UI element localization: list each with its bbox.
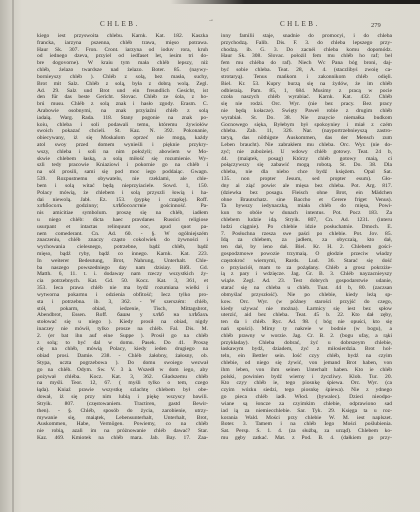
text-line: bem i solą witać będą nieprzyiaciele. So… — [37, 183, 208, 190]
text-line: wiąże. Zegl. Ad. 23. Test dobrych gospod… — [221, 278, 392, 285]
text-line: korania Wald. Mości przy chlebie W. M. i… — [221, 415, 392, 422]
text-line: 7. Posłuchna rzesza swe paści po chlebie… — [221, 231, 392, 238]
text-line: z solą; to być dal w domu. Pasek. Do 41.… — [37, 340, 208, 347]
text-line: czyim wózku siedzi, tego piosnkę śpiewa)… — [221, 387, 392, 394]
text-line: wyrabiał. St. Do. 38. Nie znaycie niemał… — [221, 115, 392, 122]
text-line: go pieca chléb iadł. Włod. (bywalec). Dz… — [221, 394, 392, 401]
text-line: stołować się u niego ). Kiedy prosił na … — [37, 319, 208, 326]
text-line: na myśli. Teor. 12, 67. ( myśli tylko o … — [37, 380, 208, 387]
text-line: In weiterer Bedeutung, Brot, Nahrung, Un… — [37, 258, 208, 265]
text-line: Matth. 6, 11. t. i. dodaway nam rzeczy w… — [37, 271, 208, 278]
text-line: od iednego dzeva, przyiel od iedfaset le… — [37, 53, 208, 60]
text-line: Biel. Kr. 53. Kupry burzą się na żydów, … — [221, 81, 392, 88]
text-line: stół, pokarm, obiad, iedzenie, Tisch, Mi… — [37, 306, 208, 313]
text-line: cię na chléb, mówią Polacy, kiedy ieden … — [37, 346, 208, 353]
text-line: strotaryą). Tenus mańkom i zakonnikom ch… — [221, 74, 392, 81]
running-header-right: CHLEB. — [280, 20, 320, 28]
text-line: obiecywany, iż się Moskalom oprzeć nie m… — [37, 135, 208, 142]
text-line: wytworna pokarmu i odzienia obfitość; Ie… — [37, 292, 208, 299]
text-line: Ad. 29. Salz und Brot und ein freundlich… — [37, 88, 208, 95]
text-line: gospodzmowe powozie trzymaią. O głodzie … — [221, 251, 392, 258]
text-line: Auskommen, Habe, Vermögen. Powiemy, co n… — [37, 421, 208, 428]
text-line: polski, powinien bydź wierny i życzliwy.… — [221, 374, 392, 381]
text-line: mu gęby zatkać. Mat. z Pod. B. 4. (dałki… — [221, 435, 392, 442]
text-line: mięso, bądź ryby, bądź co innego. Karnk.… — [37, 251, 208, 258]
scan-edge-shadow — [170, 0, 420, 4]
text-line: chleba, nie dla niebo chce bydź księżem.… — [221, 169, 392, 176]
text-line: uterzić, aid bez chleba. Teat. 45 b. 22.… — [221, 312, 392, 319]
text-line: Sat. Persp. S. 1. 4. (za służbą, za urzą… — [221, 428, 392, 435]
text-line: kun to obóie w dunach intentus. Pot. Poc… — [221, 210, 392, 217]
arrow-marker-icon: → — [208, 17, 214, 23]
text-line: ten dał, by ieno dał. Biel. Kr. H. 2. Ch… — [221, 244, 392, 251]
text-line: chléb, żelazo twardsze nad żelazo. Boter… — [37, 67, 208, 74]
text-line: Kto czyy chléb ie, tego piosnkę śpiewa. … — [221, 380, 392, 387]
text-line: kiedy używać nie można). Łarmicy się ies… — [221, 306, 392, 313]
text-line: na sól prosili, sami się pod moc iego po… — [37, 169, 208, 176]
text-line: ba naszego powszedniego day nam dzisiay.… — [37, 265, 208, 272]
text-line: nie będą kołacze). Święty Paweł robie z … — [221, 108, 392, 115]
text-line: inaczey nie mówił, tylko prosze na chléb… — [37, 326, 208, 333]
text-line: ludzi ciągnie). Po chlebie idzie posłuch… — [221, 224, 392, 231]
text-line: skwie chlebem łaską, a solą miłość się r… — [37, 156, 208, 163]
text-line: Arabowie osobnymi, na znak przyiaźni chl… — [37, 108, 208, 115]
text-line: mywanie się, maiątek, Lebensunterhalt, U… — [37, 415, 208, 422]
text-line: Gocnowego sięka, Byłebym był spokoyniey … — [221, 122, 392, 129]
text-line: 44. (maiątek, posag) Którzy chléb gotowy… — [221, 156, 392, 163]
text-line: brú musu. Chléb z solą znak i hasło zgod… — [37, 101, 208, 108]
text-column-left: kiego iest przyswoita chlebu. Karnk. Kat… — [37, 33, 208, 442]
text-line: o przyiaciół, mam to za pożądany. Chléb … — [221, 265, 392, 272]
text-line: taryą, das nöthigste Auskommen, das der … — [221, 135, 392, 142]
text-line: teln, ein Bettler sein. Iość czyy chléb,… — [221, 353, 392, 360]
text-line: częstokroć wiernymi, Rards. Lud. 36. Sta… — [221, 258, 392, 265]
text-line: nis amicitiae symbolum. proszę się na ch… — [37, 210, 208, 217]
text-line: Kaz. 469. Kmiotek na chléb mara. Jab. Ba… — [37, 435, 208, 442]
text-line: przychodzą. Falib. Dis. F. 3. do chleba … — [221, 40, 392, 47]
text-line: go na chléb. Odym. Sw. V. 3 à. Wszedł w … — [37, 367, 208, 374]
text-line: nem comederant. Cn. Ad. 60. - §. W ogóln… — [37, 231, 208, 238]
text-line: 135. non propter Jesum, sed propter esum… — [221, 176, 392, 183]
scanned-page: CHLEB. → CHLEB. 279 kiego iest przyswoit… — [0, 0, 420, 512]
text-line: then). - §. Chléb, sposób do życia, zaro… — [37, 408, 208, 415]
text-line: kiego iest przyswoita chlebu. Karnk. Kat… — [37, 33, 208, 40]
text-line: Polacy mówią, że chlebem i solą przyszli… — [37, 190, 208, 197]
text-line: dny ai ziąć powie: ale mięsa bez chleba.… — [221, 183, 392, 190]
text-line: Idą za chlebem, za jadłem, za obyczaią, … — [221, 237, 392, 244]
text-line: 2. (er bat ihn auf eine Suppe ). Prosił … — [37, 333, 208, 340]
text-line: sta i potrzebna. ib. 3, 362. - W szerszé… — [37, 299, 208, 306]
text-line: (dziewka bez posagu. Fleisch ohne Brot, … — [221, 190, 392, 197]
text-line: Haur Sk. 308. Slovac. położil fem mu chl… — [221, 53, 392, 60]
text-line: iad ią za niemiecchlebie. Sar. Tyk. 29. … — [221, 408, 392, 415]
text-line: obmyślać przyszłość). Nie po chlebie, ki… — [221, 292, 392, 299]
text-line: cia potrzebnych. Kat. Gd. 50. Kocz. Kat.… — [37, 278, 208, 285]
text-line: bre dogovorne). W kraiu tym mała chléb l… — [37, 60, 208, 67]
text-line: nań spuści). Mimy ty nakreie w bodnie (w… — [221, 326, 392, 333]
text-line: Brot mit Salz. Chléb z solą, była z dobr… — [37, 81, 208, 88]
text-line: Stypa, uczta pogrzebowa ). Do domu swoie… — [37, 360, 208, 367]
text-line: wszy, chleba i soli na nim położyli; abo… — [37, 149, 208, 156]
text-line: francka, iarzyna pszenna, chléb trawa, m… — [37, 40, 208, 47]
text-line: połączywszy się zabawić mogą robotą. St.… — [221, 162, 392, 169]
text-line: chlebem ludzie idą. Stryik. 807, Cn. Ad.… — [221, 217, 392, 224]
text-line: atol swoy przed domem wynieśli i pięknie… — [37, 142, 208, 149]
text-line: хлѣбосолъ godzinny; хлѣбосолствіе gościn… — [37, 203, 208, 210]
text-line: koiu, chleba i soli podawali temu, które… — [37, 122, 208, 129]
text-line: Boter. 3. Tamem i na chléb Iego Mości po… — [221, 421, 392, 428]
text-line: być sobie chleba. Teat. 28, A. 4. (stacz… — [221, 67, 392, 74]
text-line: czoła naszych chléb wyrabiać. Karnk. Kat… — [221, 94, 392, 101]
page-number: 279 — [371, 22, 381, 29]
text-line: swoich pokazać chcieli. St. Kaz. N. 392.… — [37, 128, 208, 135]
running-header-left: CHLEB. — [100, 20, 140, 28]
text-line: nie robią, azali im na próżnowanie chléb… — [37, 428, 208, 435]
text-line: pożywał chléba. Kocz. Kat. 3, 362. Głads… — [37, 374, 208, 381]
text-line: 539. Rozpustnemu obywatelu, nie rzeklami… — [37, 176, 208, 183]
text-line: u niego chléb: dicta haec pravdanes Russ… — [37, 217, 208, 224]
text-line: den für das beste Gericht. Slovac. Chléb… — [37, 94, 208, 101]
text-line: przykładay). Chleba dobrać, żyć u dobrsz… — [221, 340, 392, 347]
text-line: chléb prawny w worzie. Jag. Cr. B. 2. (b… — [221, 333, 392, 340]
text-line: odbieraią. Pam. 85, 1, 684. Musimy z pra… — [221, 88, 392, 95]
text-line: fem mu chléba do raf). Niech Wc Pana bóg… — [221, 60, 392, 67]
text-line: bornieyszy chléb ). Chléb z solą, bez ma… — [37, 74, 208, 81]
text-line: się nie rodzi. Orc. Wyr. (nie bez pracy.… — [221, 101, 392, 108]
text-line: łaskawym bydź, dziadem, żyć z miłosierdz… — [221, 346, 392, 353]
text-line: ihm leben, von ihm seinen Unterhalt habe… — [221, 367, 392, 374]
text-line: wychowania cielesnego, potrzebne, bądź c… — [37, 244, 208, 251]
text-line: Abendbrot, Essen. Roff. башм y хлѣб на х… — [37, 312, 208, 319]
text-line: Stryik. 807. (częstowaniem. Tractiren, g… — [37, 401, 208, 408]
text-line: znaczeniu, chléb znaczy cząsto cokolwiek… — [37, 237, 208, 244]
text-line: zyć; nie zubożeie). U wdowy chléb gotowy… — [221, 149, 392, 156]
text-line: obiad prosi. Damie. 238. - Chléb żałobny… — [37, 353, 208, 360]
text-line: usurpant et intactas relinquunt ooc, apu… — [37, 224, 208, 231]
text-line: inny familii staje, snadnie do promocyi,… — [221, 33, 392, 40]
text-column-right: inny familii staje, snadnie do promocyi,… — [221, 33, 392, 442]
book-gutter — [12, 0, 14, 512]
text-line: starać się na chleba u chléb. Tuat. 44 b… — [221, 285, 392, 292]
text-line: chlebie, od niego się żywić, von jemand … — [221, 360, 392, 367]
text-line: łąda). Kniaź prawie wszystkę szlachtę ch… — [37, 387, 208, 394]
text-line: wiane są łoncze za czyimkim chlebie, odp… — [221, 401, 392, 408]
text-line: Haur Sk. 307. Fron. Cront. iarzyna od io… — [37, 47, 208, 54]
text-line: Ta bywszy iedynaczką, miała chléb do mię… — [221, 203, 392, 210]
text-line: chleba. Zab. 11, 326. Nar. (nayportrzebn… — [221, 128, 392, 135]
text-line: kow. Orc. Wyr. (w późney starości przyjś… — [221, 299, 392, 306]
text-line: 353. Ieca prawa chléb nie ma bydź rozumi… — [37, 285, 208, 292]
text-line: ią z pary i wdzięcze. Jag. Gr. B. 3. Chl… — [221, 271, 392, 278]
text-line: chodzą. ib. G. 3. Do zacnéi chleba komu … — [221, 47, 392, 54]
text-line: dował, iż się przy nim lubią i piękę wsz… — [37, 394, 208, 401]
text-line: dai niewolą. Jabł. Ez. 153. (pypkę i cza… — [37, 197, 208, 204]
text-line: ohne Brautschatz. sine Baccho et Cerere … — [221, 197, 392, 204]
text-line: iadaią. Warg. Rada. 118. Stany pogonie n… — [37, 115, 208, 122]
text-line: Leben braucht). Nie zabrakłem mu chleba.… — [221, 142, 392, 149]
text-line: ten da i chléb. Ryc. Ad. 98. ( bóg nie o… — [221, 319, 392, 326]
text-line: szli tedy pracowie Kniaziowi i pokornie … — [37, 162, 208, 169]
